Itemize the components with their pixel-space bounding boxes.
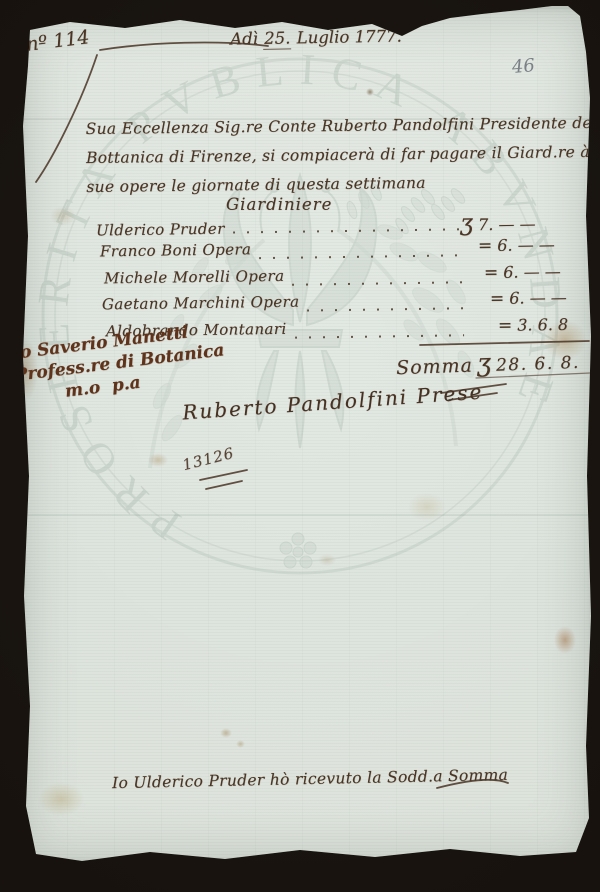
stain — [554, 626, 576, 654]
dotted-leader — [308, 308, 465, 312]
date-suffix: Luglio 1777. — [297, 27, 402, 48]
currency-symbol: = — [498, 315, 513, 335]
amount-value: 6. — — — [509, 288, 567, 308]
docket-mark: 13126 — [181, 444, 237, 474]
date-line: Adì 25. Luglio 1777. — [206, 26, 426, 49]
currency-symbol: = — [484, 263, 499, 283]
stain — [408, 493, 446, 521]
watermark-rosette — [280, 533, 316, 568]
currency-symbol: ʒ — [460, 210, 473, 236]
amount: = 6. — — — [484, 261, 600, 283]
currency-symbol: = — [490, 289, 505, 309]
total-line: Sommaʒ28. 6. 8. — [396, 345, 581, 380]
dotted-leader — [295, 334, 464, 338]
dotted-leader — [259, 255, 464, 260]
gardener-name: Gaetano Marchini Opera — [96, 293, 300, 314]
body-line: Bottanica di Firenze, si compiacerà di f… — [86, 138, 586, 173]
scan-background: PROSPERITA PVBLICA ABVNDAE — [0, 0, 600, 892]
stain — [38, 782, 84, 816]
stain — [236, 740, 245, 748]
amount-value: 6. — — — [497, 235, 555, 255]
paper-crease — [20, 514, 594, 516]
gardener-name: Franco Boni Opera — [96, 241, 252, 261]
amount-value: 6. — — — [503, 262, 561, 282]
gardener-name: Michele Morelli Opera — [96, 267, 285, 288]
stain — [148, 453, 168, 467]
amount: ʒ 7. — — — [460, 209, 578, 237]
date-prefix: Adì — [230, 29, 258, 48]
dotted-leader — [233, 229, 464, 234]
stain — [220, 728, 232, 738]
receipt-line: Io Ulderico Pruder hò ricevuto la Sodd.a… — [112, 766, 508, 792]
amount: = 6. — — — [478, 235, 596, 257]
body-paragraph: Sua Eccellenza Sig.re Conte Ruberto Pand… — [85, 109, 586, 202]
signature: Ruberto Pandolfini Prese — [182, 380, 485, 425]
total-value: 28. 6. 8. — [496, 353, 580, 376]
gardener-name: Ulderico Pruder — [96, 220, 225, 240]
margin-note: Io Saverio Manetti Profess.re di Botanic… — [11, 317, 228, 408]
amount: = 3. 6. 8 — [498, 314, 600, 336]
paper-sheet: PROSPERITA PVBLICA ABVNDAE — [20, 6, 594, 864]
total-label: Somma — [396, 355, 474, 380]
date-day: 25. — [263, 28, 292, 49]
folio-number: 46 — [511, 55, 536, 78]
amount-value: 3. 6. 8 — [517, 314, 568, 334]
total-currency-symbol: ʒ — [476, 348, 491, 377]
amount: = 6. — — — [490, 287, 600, 309]
body-line: sue opere le giornate di questa settiman… — [86, 167, 586, 202]
stain — [366, 88, 374, 96]
stain — [318, 554, 336, 566]
amount-value: 7. — — — [478, 214, 536, 234]
stain — [50, 206, 76, 226]
dotted-leader — [293, 281, 465, 285]
currency-symbol: = — [478, 236, 493, 256]
archive-number: nº 114 — [25, 26, 91, 56]
